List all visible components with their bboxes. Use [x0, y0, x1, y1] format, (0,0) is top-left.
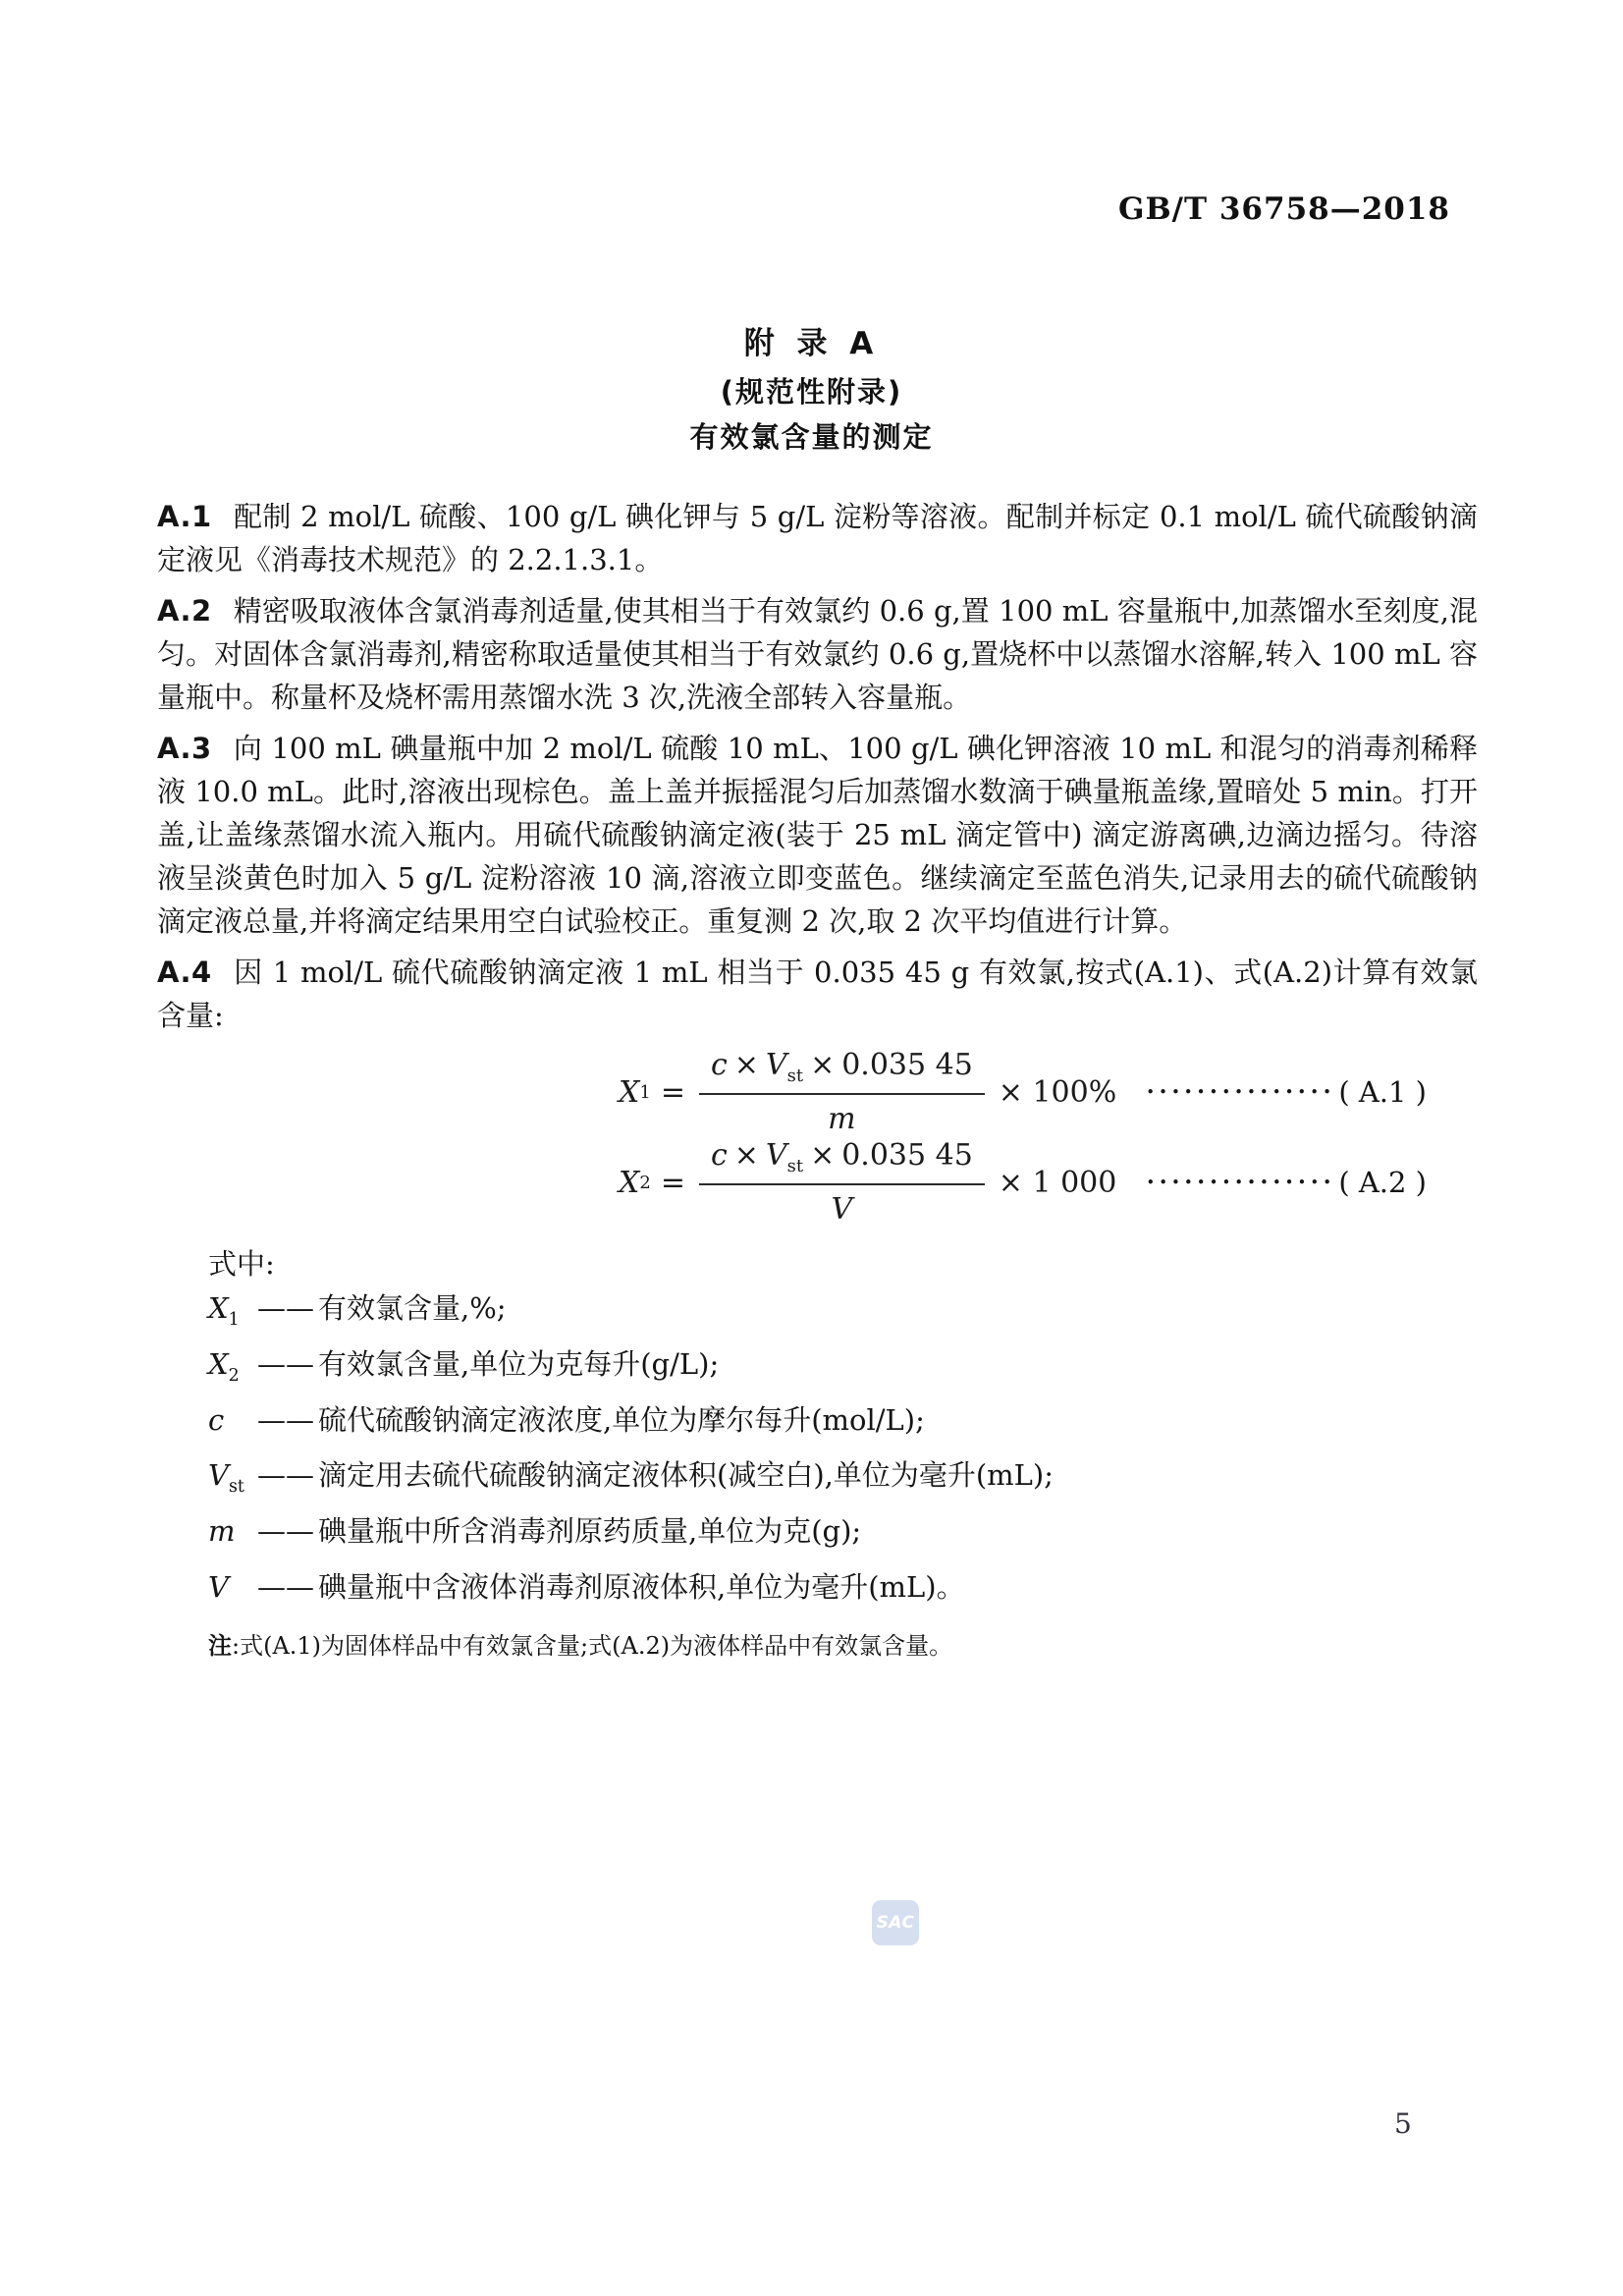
fraction-a2-denominator: V	[699, 1183, 985, 1227]
body-text: A.1配制 2 mol/L 硫酸、100 g/L 碘化钾与 5 g/L 淀粉等溶…	[157, 495, 1478, 1037]
definition-dash: ——	[257, 1342, 314, 1398]
paragraph-a3-text: 向 100 mL 碘量瓶中加 2 mol/L 硫酸 10 mL、100 g/L …	[157, 732, 1478, 938]
symbol-definition-m: m —— 碘量瓶中所含消毒剂原药质量,单位为克(g);	[208, 1509, 1478, 1565]
symbol-c: c	[208, 1398, 257, 1454]
paragraph-a1: A.1配制 2 mol/L 硫酸、100 g/L 碘化钾与 5 g/L 淀粉等溶…	[157, 495, 1478, 581]
fraction-a2-numerator: c×Vst×0.035 45	[699, 1138, 985, 1183]
times-operator: ×	[728, 1048, 766, 1082]
formula-a2-number: ( A.2 )	[1338, 1166, 1427, 1199]
note-text: :式(A.1)为固体样品中有效氯含量;式(A.2)为液体样品中有效氯含量。	[232, 1632, 952, 1660]
equation-a2-lhs: X	[619, 1166, 639, 1200]
var-v-subscript: st	[787, 1156, 803, 1176]
symbol-v: V	[208, 1565, 257, 1621]
var-v-subscript: st	[787, 1066, 803, 1086]
appendix-heading: 有效氯含量的测定	[0, 420, 1623, 454]
paragraph-a4-text: 因 1 mol/L 硫代硫酸钠滴定液 1 mL 相当于 0.035 45 g 有…	[157, 956, 1478, 1032]
constant-value: 0.035 45	[841, 1138, 973, 1173]
var-c: c	[711, 1138, 728, 1173]
symbol-x2-description: 有效氯含量,单位为克每升(g/L);	[318, 1342, 1478, 1398]
var-c: c	[711, 1048, 728, 1082]
symbol-definition-v: V —— 碘量瓶中含液体消毒剂原液体积,单位为毫升(mL)。	[208, 1565, 1478, 1621]
appendix-title: 附 录 A	[0, 326, 1623, 361]
dotted-leader: ••••••••••••••••••••••••••••••••••••••••	[1146, 1174, 1336, 1191]
equation-a1-lhs: X	[619, 1075, 639, 1110]
formula-a1-number: ( A.1 )	[1338, 1075, 1427, 1109]
symbol-v-description: 碘量瓶中含液体消毒剂原液体积,单位为毫升(mL)。	[318, 1565, 1478, 1621]
paragraph-a1-label: A.1	[157, 500, 212, 533]
paragraph-a4-label: A.4	[157, 956, 212, 989]
symbol-x2: X2	[208, 1342, 257, 1398]
equals-sign: =	[651, 1075, 695, 1110]
fraction-a1-denominator: m	[699, 1093, 985, 1136]
definition-dash: ——	[257, 1565, 314, 1621]
symbol-x1-description: 有效氯含量,%;	[318, 1286, 1478, 1342]
times-operator: ×	[728, 1138, 766, 1173]
definition-dash: ——	[257, 1453, 314, 1509]
paragraph-a2-text: 精密吸取液体含氯消毒剂适量,使其相当于有效氯约 0.6 g,置 100 mL 容…	[157, 594, 1478, 714]
paragraph-a2: A.2精密吸取液体含氯消毒剂适量,使其相当于有效氯约 0.6 g,置 100 m…	[157, 589, 1478, 719]
appendix-subtitle: (规范性附录)	[0, 375, 1623, 409]
dotted-leader: ••••••••••••••••••••••••••••••••••••••••	[1146, 1083, 1336, 1101]
appendix-title-block: 附 录 A (规范性附录) 有效氯含量的测定	[0, 326, 1623, 454]
symbol-x1: X1	[208, 1286, 257, 1342]
formula-a2: X2 = c×Vst×0.035 45 V × 1 000 ••••••••••…	[619, 1137, 1427, 1228]
symbol-vst-description: 滴定用去硫代硫酸钠滴定液体积(减空白),单位为毫升(mL);	[318, 1453, 1478, 1509]
symbol-m-description: 碘量瓶中所含消毒剂原药质量,单位为克(g);	[318, 1509, 1478, 1565]
document-page: GB/T 36758—2018 附 录 A (规范性附录) 有效氯含量的测定 A…	[0, 0, 1623, 2296]
equation-a1-lhs-sub: 1	[639, 1082, 650, 1103]
times-operator: ×	[803, 1138, 841, 1173]
fraction-a1-numerator: c×Vst×0.035 45	[699, 1048, 985, 1093]
definition-dash: ——	[257, 1286, 314, 1342]
definition-dash: ——	[257, 1509, 314, 1565]
definition-dash: ——	[257, 1398, 314, 1454]
paragraph-a4: A.4因 1 mol/L 硫代硫酸钠滴定液 1 mL 相当于 0.035 45 …	[157, 951, 1478, 1037]
constant-value: 0.035 45	[841, 1048, 973, 1082]
symbol-m: m	[208, 1509, 257, 1565]
note: 注:式(A.1)为固体样品中有效氯含量;式(A.2)为液体样品中有效氯含量。	[208, 1627, 1478, 1665]
equals-sign: =	[651, 1166, 695, 1200]
note-label: 注	[208, 1632, 232, 1660]
symbol-definition-x2: X2 —— 有效氯含量,单位为克每升(g/L);	[208, 1342, 1478, 1398]
paragraph-a2-label: A.2	[157, 594, 212, 628]
paragraph-a3-label: A.3	[157, 732, 212, 765]
symbol-definition-c: c —— 硫代硫酸钠滴定液浓度,单位为摩尔每升(mol/L);	[208, 1398, 1478, 1454]
equation-a1: X1 = c×Vst×0.035 45 m × 100%	[619, 1048, 1116, 1136]
symbol-vst: Vst	[208, 1453, 257, 1509]
var-v: V	[766, 1048, 787, 1082]
symbol-c-description: 硫代硫酸钠滴定液浓度,单位为摩尔每升(mol/L);	[318, 1398, 1478, 1454]
multiplier-a2: × 1 000	[999, 1166, 1117, 1200]
paragraph-a3: A.3向 100 mL 碘量瓶中加 2 mol/L 硫酸 10 mL、100 g…	[157, 727, 1478, 943]
formula-block: X1 = c×Vst×0.035 45 m × 100% •••••••••••…	[0, 1047, 1623, 1228]
times-operator: ×	[803, 1048, 841, 1082]
fraction-a1: c×Vst×0.035 45 m	[699, 1048, 985, 1136]
symbols-intro: 式中:	[208, 1241, 1478, 1286]
var-v: V	[766, 1138, 787, 1173]
symbol-definition-vst: Vst —— 滴定用去硫代硫酸钠滴定液体积(减空白),单位为毫升(mL);	[208, 1453, 1478, 1509]
symbol-definitions: 式中: X1 —— 有效氯含量,%; X2 —— 有效氯含量,单位为克每升(g/…	[208, 1241, 1478, 1665]
multiplier-a1: × 100%	[999, 1075, 1116, 1110]
equation-a2-lhs-sub: 2	[639, 1173, 650, 1193]
standard-number: GB/T 36758—2018	[0, 0, 1623, 226]
paragraph-a1-text: 配制 2 mol/L 硫酸、100 g/L 碘化钾与 5 g/L 淀粉等溶液。配…	[157, 500, 1478, 576]
symbol-definition-x1: X1 —— 有效氯含量,%;	[208, 1286, 1478, 1342]
equation-a2: X2 = c×Vst×0.035 45 V × 1 000	[619, 1138, 1116, 1227]
formula-a1: X1 = c×Vst×0.035 45 m × 100% •••••••••••…	[619, 1047, 1427, 1137]
fraction-a2: c×Vst×0.035 45 V	[699, 1138, 985, 1227]
page-number: 5	[1394, 2107, 1412, 2140]
sac-watermark-logo: SAC	[872, 1900, 919, 1945]
sac-logo-text: SAC	[877, 1913, 915, 1933]
